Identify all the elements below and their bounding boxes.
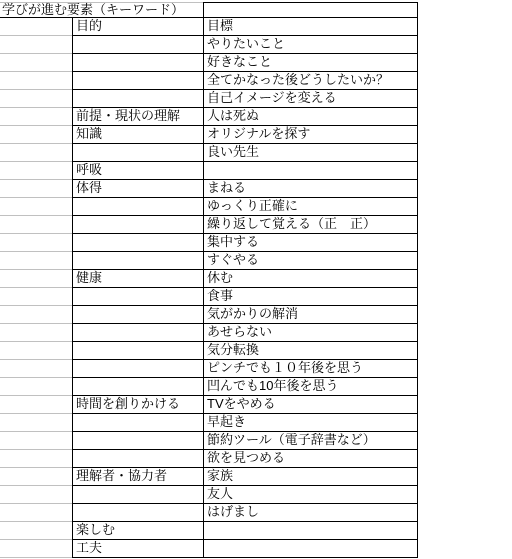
- keyword-cell[interactable]: 凹んでも10年後を思う: [203, 378, 418, 396]
- category-cell[interactable]: [72, 216, 203, 234]
- category-cell[interactable]: [72, 378, 203, 396]
- table-row: 自己イメージを変える: [0, 90, 418, 108]
- category-cell[interactable]: [72, 324, 203, 342]
- left-margin-cell[interactable]: [0, 180, 72, 198]
- category-cell[interactable]: 楽しむ: [72, 522, 203, 540]
- left-margin-cell[interactable]: [0, 450, 72, 468]
- table-row: はげまし: [0, 504, 418, 522]
- keyword-cell[interactable]: 好きなこと: [203, 54, 418, 72]
- category-cell[interactable]: [72, 90, 203, 108]
- keyword-cell[interactable]: まねる: [203, 180, 418, 198]
- table-row: 気分転換: [0, 342, 418, 360]
- keyword-cell[interactable]: [203, 522, 418, 540]
- table-row: 食事: [0, 288, 418, 306]
- left-margin-cell[interactable]: [0, 108, 72, 126]
- category-cell[interactable]: [72, 288, 203, 306]
- table-row: 体得まねる: [0, 180, 418, 198]
- category-cell[interactable]: [72, 306, 203, 324]
- keyword-cell[interactable]: 人は死ぬ: [203, 108, 418, 126]
- table-row: 繰り返して覚える（正 正）: [0, 216, 418, 234]
- category-cell[interactable]: [72, 234, 203, 252]
- keyword-cell[interactable]: TVをやめる: [203, 396, 418, 414]
- category-cell[interactable]: [72, 486, 203, 504]
- sheet-title-cell[interactable]: 学びが進む要素（キーワード）: [0, 2, 203, 18]
- category-cell[interactable]: [72, 414, 203, 432]
- table-row: やりたいこと: [0, 36, 418, 54]
- keyword-cell[interactable]: すぐやる: [203, 252, 418, 270]
- left-margin-cell[interactable]: [0, 324, 72, 342]
- category-cell[interactable]: 理解者・協力者: [72, 468, 203, 486]
- table-row: 理解者・協力者家族: [0, 468, 418, 486]
- category-cell[interactable]: [72, 144, 203, 162]
- table-row: 友人: [0, 486, 418, 504]
- table-row: 好きなこと: [0, 54, 418, 72]
- left-margin-cell[interactable]: [0, 396, 72, 414]
- keyword-cell[interactable]: ゆっくり正確に: [203, 198, 418, 216]
- left-margin-cell[interactable]: [0, 90, 72, 108]
- left-margin-cell[interactable]: [0, 504, 72, 522]
- table-row: 全てかなった後どうしたいか？: [0, 72, 418, 90]
- keyword-cell[interactable]: 集中する: [203, 234, 418, 252]
- category-cell[interactable]: [72, 54, 203, 72]
- left-margin-cell[interactable]: [0, 540, 72, 558]
- table-row: 知識オリジナルを探す: [0, 126, 418, 144]
- left-margin-cell[interactable]: [0, 378, 72, 396]
- table-row: あせらない: [0, 324, 418, 342]
- left-margin-cell[interactable]: [0, 468, 72, 486]
- table-row: 集中する: [0, 234, 418, 252]
- table-row: ゆっくり正確に: [0, 198, 418, 216]
- left-margin-cell[interactable]: [0, 288, 72, 306]
- title-row: 学びが進む要素（キーワード）: [0, 2, 418, 18]
- left-margin-cell[interactable]: [0, 486, 72, 504]
- left-margin-cell[interactable]: [0, 342, 72, 360]
- left-margin-cell[interactable]: [0, 270, 72, 288]
- keyword-cell[interactable]: 家族: [203, 468, 418, 486]
- keyword-cell[interactable]: 目標: [203, 18, 418, 36]
- keyword-cell[interactable]: 食事: [203, 288, 418, 306]
- keyword-cell[interactable]: 早起き: [203, 414, 418, 432]
- left-margin-cell[interactable]: [0, 198, 72, 216]
- table-row: 楽しむ: [0, 522, 418, 540]
- category-cell[interactable]: 目的: [72, 18, 203, 36]
- keyword-cell[interactable]: 節約ツール（電子辞書など）: [203, 432, 418, 450]
- category-cell[interactable]: [72, 432, 203, 450]
- left-margin-cell[interactable]: [0, 144, 72, 162]
- keyword-cell[interactable]: 友人: [203, 486, 418, 504]
- keyword-cell[interactable]: 自己イメージを変える: [203, 90, 418, 108]
- table-row: 凹んでも10年後を思う: [0, 378, 418, 396]
- table-row: 節約ツール（電子辞書など）: [0, 432, 418, 450]
- category-cell[interactable]: [72, 342, 203, 360]
- spreadsheet-table: 学びが進む要素（キーワード） 目的目標やりたいこと好きなこと全てかなった後どうし…: [0, 2, 418, 558]
- keyword-cell[interactable]: 気がかりの解消: [203, 306, 418, 324]
- keyword-cell[interactable]: オリジナルを探す: [203, 126, 418, 144]
- category-cell[interactable]: 前提・現状の理解: [72, 108, 203, 126]
- table-row: 気がかりの解消: [0, 306, 418, 324]
- keyword-cell[interactable]: 気分転換: [203, 342, 418, 360]
- left-margin-cell[interactable]: [0, 126, 72, 144]
- left-margin-cell[interactable]: [0, 36, 72, 54]
- category-cell[interactable]: 工夫: [72, 540, 203, 558]
- category-cell[interactable]: [72, 450, 203, 468]
- keyword-cell[interactable]: 良い先生: [203, 144, 418, 162]
- table-row: 欲を見つめる: [0, 450, 418, 468]
- left-margin-cell[interactable]: [0, 414, 72, 432]
- category-cell[interactable]: 知識: [72, 126, 203, 144]
- category-cell[interactable]: [72, 504, 203, 522]
- keyword-cell[interactable]: [203, 162, 418, 180]
- left-margin-cell[interactable]: [0, 18, 72, 36]
- table-row: すぐやる: [0, 252, 418, 270]
- left-margin-cell[interactable]: [0, 162, 72, 180]
- keyword-cell[interactable]: ピンチでも１０年後を思う: [203, 360, 418, 378]
- table-body: 目的目標やりたいこと好きなこと全てかなった後どうしたいか？自己イメージを変える前…: [0, 18, 418, 558]
- table-row: 早起き: [0, 414, 418, 432]
- keyword-cell[interactable]: 全てかなった後どうしたいか？: [203, 72, 418, 90]
- left-margin-cell[interactable]: [0, 522, 72, 540]
- category-cell[interactable]: [72, 36, 203, 54]
- left-margin-cell[interactable]: [0, 234, 72, 252]
- category-cell[interactable]: [72, 252, 203, 270]
- table-row: 工夫: [0, 540, 418, 558]
- table-row: 目的目標: [0, 18, 418, 36]
- keyword-cell[interactable]: やりたいこと: [203, 36, 418, 54]
- table-row: 呼吸: [0, 162, 418, 180]
- table-row: 時間を創りかけるTVをやめる: [0, 396, 418, 414]
- left-margin-cell[interactable]: [0, 54, 72, 72]
- category-cell[interactable]: 体得: [72, 180, 203, 198]
- left-margin-cell[interactable]: [0, 252, 72, 270]
- keyword-cell[interactable]: あせらない: [203, 324, 418, 342]
- left-margin-cell[interactable]: [0, 432, 72, 450]
- category-cell[interactable]: 呼吸: [72, 162, 203, 180]
- category-cell[interactable]: [72, 72, 203, 90]
- keyword-cell[interactable]: 繰り返して覚える（正 正）: [203, 216, 418, 234]
- table-row: 前提・現状の理解人は死ぬ: [0, 108, 418, 126]
- keyword-cell[interactable]: はげまし: [203, 504, 418, 522]
- left-margin-cell[interactable]: [0, 72, 72, 90]
- keyword-cell[interactable]: 休む: [203, 270, 418, 288]
- title-empty-cell[interactable]: [203, 2, 418, 18]
- left-margin-cell[interactable]: [0, 360, 72, 378]
- category-cell[interactable]: 健康: [72, 270, 203, 288]
- keyword-cell[interactable]: 欲を見つめる: [203, 450, 418, 468]
- left-margin-cell[interactable]: [0, 216, 72, 234]
- keyword-cell[interactable]: [203, 540, 418, 558]
- left-margin-cell[interactable]: [0, 306, 72, 324]
- category-cell[interactable]: 時間を創りかける: [72, 396, 203, 414]
- category-cell[interactable]: [72, 198, 203, 216]
- table-row: ピンチでも１０年後を思う: [0, 360, 418, 378]
- table-row: 健康休む: [0, 270, 418, 288]
- table-row: 良い先生: [0, 144, 418, 162]
- category-cell[interactable]: [72, 360, 203, 378]
